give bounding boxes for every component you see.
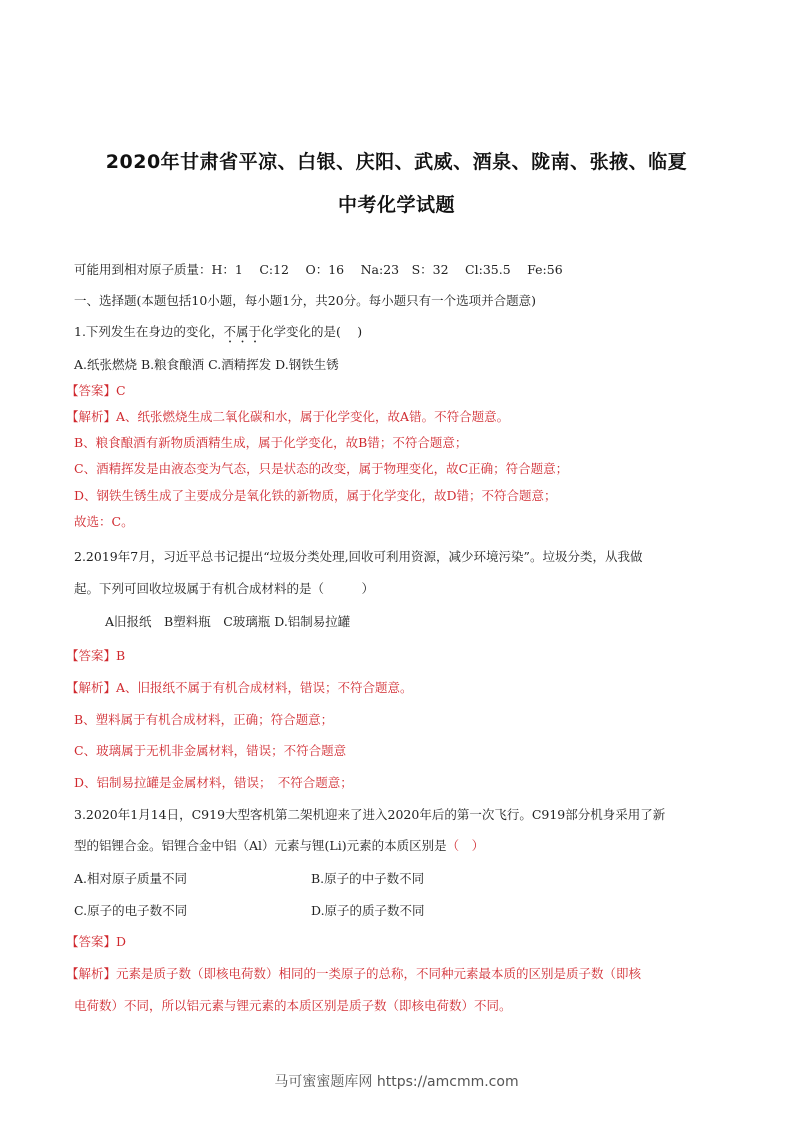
analysis-tag: 【解析】 — [66, 409, 116, 424]
question-1-analysis-line-4: D、钢铁生锈生成了主要成分是氧化铁的新物质，属于化学变化，故D错；不符合题意； — [74, 488, 557, 504]
question-3-paren: （ ） — [447, 838, 485, 853]
answer-tag: 【答案】 — [66, 648, 116, 663]
section-heading: 一、选择题(本题包括10小题，每小题1分，共20分。每小题只有一个选项并合题意) — [74, 293, 536, 309]
question-2-analysis-line-4: D、铝制易拉罐是金属材料，错误； 不符合题意； — [74, 775, 353, 791]
question-2-answer: 【答案】B — [66, 648, 125, 664]
question-3-stem-line1: 3.2020年1月14日，C919大型客机第二架机迎来了进入2020年后的第一次… — [74, 807, 665, 823]
question-2-options: A旧报纸 B塑料瓶 C玻璃瓶 D.铝制易拉罐 — [105, 614, 350, 630]
question-2-stem-line1: 2.2019年7月，习近平总书记提出“垃圾分类处理,回收可利用资源，减少环境污染… — [74, 549, 642, 565]
analysis-tag: 【解析】 — [66, 680, 116, 695]
question-1-analysis-line-1: 【解析】A、纸张燃烧生成二氧化碳和水，属于化学变化，故A错。不符合题意。 — [66, 409, 509, 425]
document-title-line1: 2020年甘肃省平凉、白银、庆阳、武威、酒泉、陇南、张掖、临夏 — [0, 147, 793, 174]
document-page: 2020年甘肃省平凉、白银、庆阳、武威、酒泉、陇南、张掖、临夏 中考化学试题 可… — [0, 0, 793, 1122]
question-3-answer: 【答案】D — [66, 934, 126, 950]
document-title-line2: 中考化学试题 — [0, 190, 793, 217]
question-1-stem-prefix: 1.下列发生在身边的变化， — [74, 324, 223, 339]
question-2-analysis-line-2: B、塑料属于有机合成材料，正确；符合题意； — [74, 712, 333, 728]
question-1-options: A.纸张燃烧 B.粮食酿酒 C.酒精挥发 D.钢铁生锈 — [74, 357, 339, 373]
atomic-masses: 可能用到相对原子质量：H：1 C:12 O：16 Na:23 S：32 Cl:3… — [74, 262, 563, 278]
question-3-option-c: C.原子的电子数不同 — [74, 903, 187, 919]
answer-value: D — [116, 934, 126, 949]
answer-value: C — [116, 383, 126, 398]
question-3-stem-line2: 型的铝锂合金。铝锂合金中铝（Al）元素与锂(Li)元素的本质区别是（ ） — [74, 838, 484, 854]
question-3-analysis-line-1: 【解析】元素是质子数（即核电荷数）相同的一类原子的总称，不同种元素最本质的区别是… — [66, 966, 641, 982]
question-2-analysis-line-3: C、玻璃属于无机非金属材料，错误；不符合题意 — [74, 743, 346, 759]
footer-watermark: 马可蜜蜜题库网 https://amcmm.com — [0, 1071, 793, 1091]
question-3-option-d: D.原子的质子数不同 — [311, 903, 425, 919]
question-1-analysis-line-3: C、酒精挥发是由液态变为气态，只是状态的改变，属于物理变化，故C正确；符合题意； — [74, 461, 568, 477]
answer-value: B — [116, 648, 125, 663]
question-3-option-b: B.原子的中子数不同 — [311, 871, 424, 887]
question-2-analysis-line-1: 【解析】A、旧报纸不属于有机合成材料，错误；不符合题意。 — [66, 680, 413, 696]
answer-tag: 【答案】 — [66, 383, 116, 398]
question-3-option-a: A.相对原子质量不同 — [74, 871, 187, 887]
question-3-analysis-line-2: 电荷数）不同，所以铝元素与锂元素的本质区别是质子数（即核电荷数）不同。 — [74, 998, 512, 1014]
answer-tag: 【答案】 — [66, 934, 116, 949]
question-1-stem: 1.下列发生在身边的变化，不属于化学变化的是( ) — [74, 324, 362, 346]
question-1-emphasis: 不属于 — [223, 324, 261, 339]
question-1-stem-suffix: 化学变化的是( ) — [261, 324, 362, 339]
question-2-stem-line2: 起。下列可回收垃圾属于有机合成材料的是（ ） — [74, 581, 374, 597]
question-1-analysis-line-2: B、粮食酿酒有新物质酒精生成，属于化学变化，故B错；不符合题意； — [74, 435, 467, 451]
analysis-tag: 【解析】 — [66, 966, 116, 981]
question-1-analysis-line-5: 故选：C。 — [74, 514, 134, 530]
question-1-answer: 【答案】C — [66, 383, 126, 399]
